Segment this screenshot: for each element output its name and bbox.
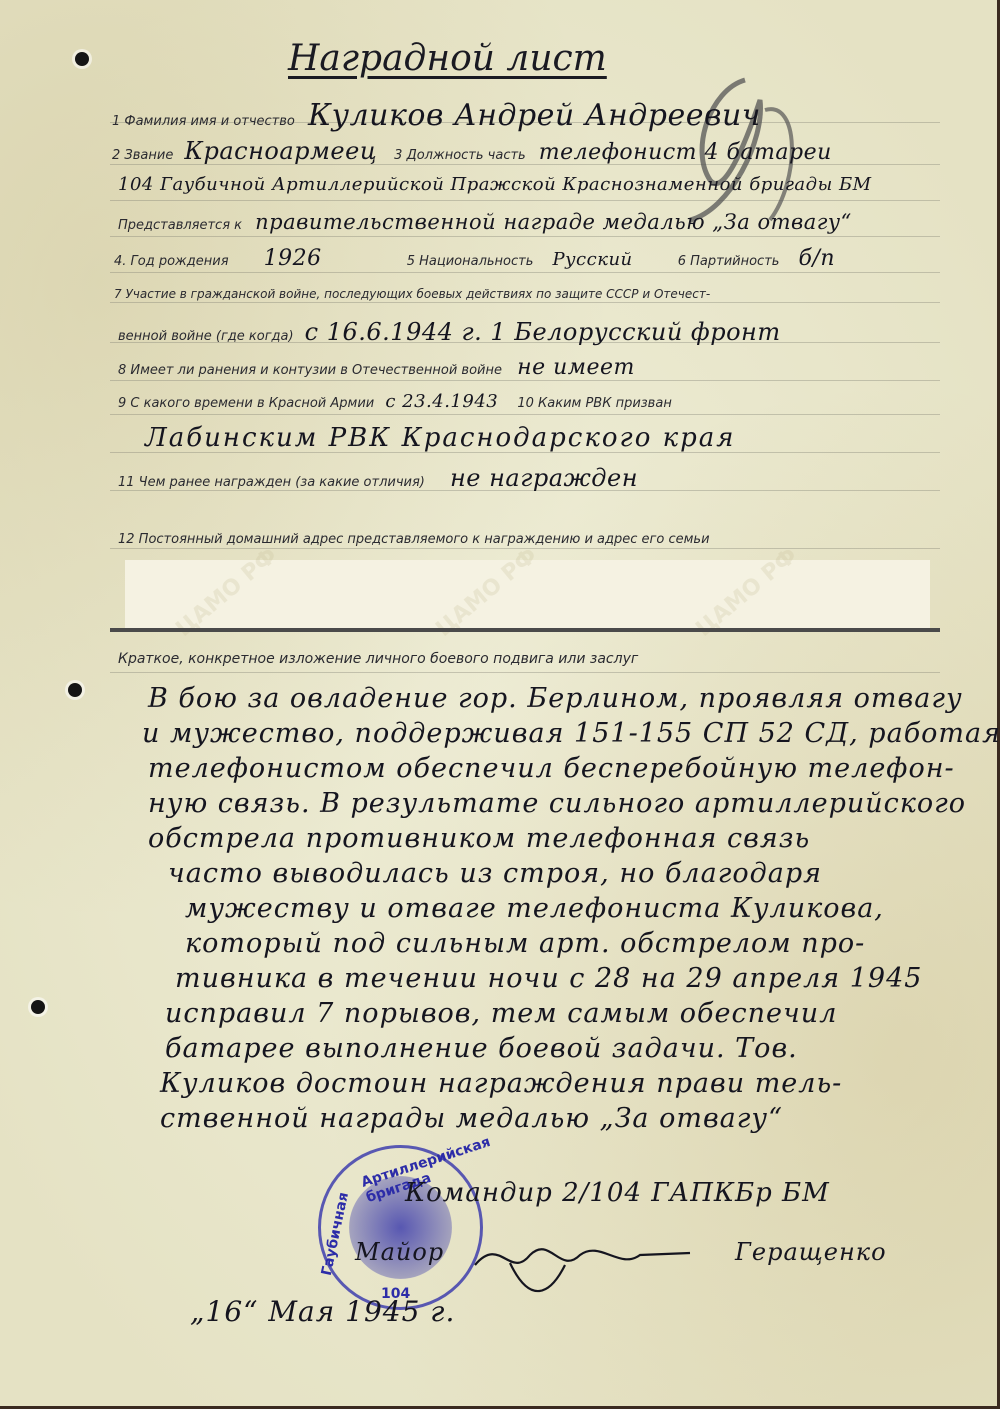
narrative-line: часто выводилась из строя, но благодаря bbox=[168, 858, 822, 889]
field-award-row: Представляется к правительственной награ… bbox=[118, 210, 852, 234]
narrative-line: тивника в течении ночи с 28 на 29 апреля… bbox=[175, 963, 922, 994]
field-label-birth-year: 4. Год рождения bbox=[114, 254, 229, 269]
field-wounds-row: 8 Имеет ли ранения и контузии в Отечеств… bbox=[118, 355, 635, 380]
ruled-line bbox=[110, 236, 940, 237]
field-label-position: 3 Должность часть bbox=[394, 148, 526, 163]
field-rank-row: 2 Звание Красноармеец 3 Должность часть … bbox=[112, 137, 832, 165]
document-title: Наградной лист bbox=[288, 38, 607, 79]
field-service-label-row: 7 Участие в гражданской войне, последующ… bbox=[114, 283, 710, 302]
field-prior-awards-row: 11 Чем ранее награжден (за какие отличия… bbox=[118, 464, 638, 492]
field-value-birth-year: 1926 bbox=[264, 246, 322, 271]
field-value-service: с 16.6.1944 г. 1 Белорусский фронт bbox=[305, 318, 781, 346]
field-value-position: телефонист 4 батареи bbox=[539, 140, 832, 165]
narrative-line: исправил 7 порывов, тем самым обеспечил bbox=[165, 998, 837, 1029]
field-label-nationality: 5 Национальность bbox=[407, 254, 534, 269]
signature-name: Геращенко bbox=[735, 1238, 887, 1266]
narrative-line: телефонистом обеспечил бесперебойную тел… bbox=[148, 753, 955, 784]
field-value-unit: 104 Гаубичной Артиллерийской Пражской Кр… bbox=[118, 174, 872, 195]
field-address-row: 12 Постоянный домашний адрес представляе… bbox=[118, 528, 710, 547]
ruled-line bbox=[110, 302, 940, 303]
narrative-line: ную связь. В результате сильного артилле… bbox=[148, 788, 966, 819]
field-value-name: Куликов Андрей Андреевич bbox=[308, 98, 761, 133]
section-divider bbox=[110, 628, 940, 632]
signature-title: Командир 2/104 ГАПКБр БМ bbox=[405, 1178, 830, 1208]
binder-hole bbox=[31, 1000, 45, 1014]
ruled-line bbox=[110, 672, 940, 673]
field-label-address: 12 Постоянный домашний адрес представляе… bbox=[118, 532, 710, 547]
field-label-award: Представляется к bbox=[118, 218, 242, 233]
field-unit-row: 104 Гаубичной Артиллерийской Пражской Кр… bbox=[118, 174, 872, 195]
field-name-row: 1 Фамилия имя и отчество Куликов Андрей … bbox=[112, 98, 761, 133]
signature-rank: Майор bbox=[355, 1238, 444, 1266]
field-label-service: 7 Участие в гражданской войне, последующ… bbox=[114, 287, 710, 301]
ruled-line bbox=[110, 414, 940, 415]
narrative-line: Куликов достоин награждения прави тель- bbox=[160, 1068, 842, 1099]
field-value-since: с 23.4.1943 bbox=[385, 391, 498, 412]
field-value-rvk: Лабинским РВК Краснодарского края bbox=[145, 423, 736, 453]
binder-hole bbox=[75, 52, 89, 66]
binder-hole bbox=[68, 683, 82, 697]
narrative-line: батарее выполнение боевой задачи. Тов. bbox=[165, 1033, 798, 1064]
signature-scribble-icon bbox=[470, 1225, 700, 1305]
field-label-rvk: 10 Каким РВК призван bbox=[517, 396, 671, 411]
narrative-line: мужеству и отваге телефониста Куликова, bbox=[185, 893, 884, 924]
field-value-rank: Красноармеец bbox=[184, 137, 377, 165]
narrative-line: который под сильным арт. обстрелом про- bbox=[185, 928, 865, 959]
narrative-line: и мужество, поддерживая 151-155 СП 52 СД… bbox=[142, 718, 1000, 749]
field-label-prior-awards: 11 Чем ранее награжден (за какие отличия… bbox=[118, 475, 425, 490]
field-label-rank: 2 Звание bbox=[112, 148, 173, 163]
narrative-heading-row: Краткое, конкретное изложение личного бо… bbox=[118, 648, 638, 667]
award-sheet-page: Наградной лист 1 Фамилия имя и отчество … bbox=[0, 0, 1000, 1409]
field-birth-row: 4. Год рождения 1926 5 Национальность Ру… bbox=[114, 246, 835, 271]
narrative-heading: Краткое, конкретное изложение личного бо… bbox=[118, 651, 638, 667]
field-label-service-cont: венной войне (где когда) bbox=[118, 329, 294, 344]
field-label-party: 6 Партийность bbox=[678, 254, 780, 269]
ruled-line bbox=[110, 200, 940, 201]
field-value-wounds: не имеет bbox=[517, 355, 635, 380]
narrative-line: обстрела противником телефонная связь bbox=[148, 823, 810, 854]
stamp-left-text: Гаубичная bbox=[319, 1191, 352, 1277]
narrative-line: В бою за овладение гор. Берлином, проявл… bbox=[148, 683, 963, 714]
field-value-award: правительственной награде медалью „За от… bbox=[255, 210, 852, 234]
signature-date: „16“ Мая 1945 г. bbox=[190, 1295, 455, 1328]
field-label-name: 1 Фамилия имя и отчество bbox=[112, 114, 295, 129]
field-service-row: венной войне (где когда) с 16.6.1944 г. … bbox=[118, 318, 781, 346]
field-rvk-row: Лабинским РВК Краснодарского края bbox=[145, 423, 736, 453]
narrative-line: ственной награды медалью „За отвагу“ bbox=[160, 1103, 783, 1134]
field-since-row: 9 С какого времени в Красной Армии с 23.… bbox=[118, 391, 672, 412]
field-label-since: 9 С какого времени в Красной Армии bbox=[118, 396, 374, 411]
ruled-line bbox=[110, 380, 940, 381]
field-value-nationality: Русский bbox=[552, 249, 632, 270]
ruled-line bbox=[110, 272, 940, 273]
field-value-party: б/п bbox=[799, 246, 836, 271]
field-value-prior-awards: не награжден bbox=[450, 464, 638, 492]
redacted-address-block: ЦАМО РФ ЦАМО РФ ЦАМО РФ bbox=[125, 560, 930, 628]
official-stamp: Артиллерийская бригада Гаубичная 104 bbox=[318, 1145, 483, 1310]
field-label-wounds: 8 Имеет ли ранения и контузии в Отечеств… bbox=[118, 363, 502, 378]
